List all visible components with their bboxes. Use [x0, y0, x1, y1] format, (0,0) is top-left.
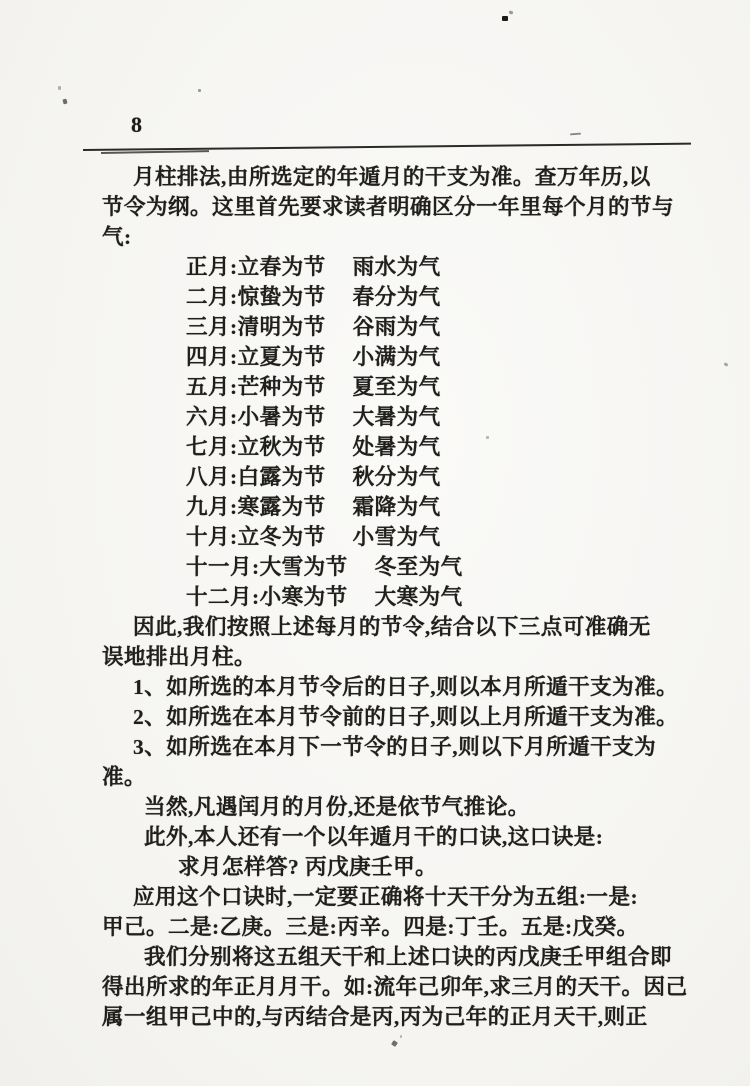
application-line: 甲己。二是:乙庚。三是:丙辛。四是:丁壬。五是:戊癸。 — [102, 912, 712, 942]
qi-label: 小满为气 — [353, 345, 441, 369]
month-term-row: 四月:立夏为节小满为气 — [102, 342, 712, 372]
jie-label: 十二月:小寒为节 — [186, 585, 348, 609]
qi-label: 夏至为气 — [353, 375, 441, 399]
month-term-row: 九月:寒露为节霜降为气 — [102, 492, 712, 522]
month-term-row: 三月:清明为节谷雨为气 — [102, 312, 712, 342]
body-text: 月柱排法,由所选定的年遁月的干支为准。查万年历,以 节令为纲。这里首先要求读者明… — [102, 162, 712, 1032]
jie-label: 正月:立春为节 — [186, 255, 326, 279]
rule-line: 3、如所选在本月下一节令的日子,则以下月所遁干支为 — [102, 732, 712, 762]
jie-label: 十月:立冬为节 — [186, 525, 326, 549]
qi-label: 大暑为气 — [353, 405, 441, 429]
month-term-row: 五月:芒种为节夏至为气 — [102, 372, 712, 402]
jie-label: 八月:白露为节 — [186, 465, 326, 489]
scanned-book-page: 8 月柱排法,由所选定的年遁月的干支为准。查万年历,以 节令为纲。这里首先要求读… — [0, 0, 750, 1086]
jie-label: 五月:芒种为节 — [186, 375, 326, 399]
scan-speck — [58, 86, 61, 90]
scan-speck — [570, 133, 581, 136]
jie-label: 三月:清明为节 — [186, 315, 326, 339]
scan-speck — [198, 89, 201, 92]
rule-line: 准。 — [102, 762, 712, 792]
example-line: 我们分别将这五组天干和上述口诀的丙戊庚壬甲组合即 — [102, 942, 712, 972]
koujue-formula: 求月怎样答? 丙戊庚壬甲。 — [102, 852, 712, 882]
jie-label: 七月:立秋为节 — [186, 435, 326, 459]
jie-label: 二月:惊蛰为节 — [186, 285, 326, 309]
month-term-row: 十一月:大雪为节冬至为气 — [102, 552, 712, 582]
rule-line: 2、如所选在本月节令前的日子,则以上月所遁干支为准。 — [102, 702, 712, 732]
scan-speck — [502, 16, 508, 21]
jie-label: 四月:立夏为节 — [186, 345, 326, 369]
qi-label: 处暑为气 — [353, 435, 441, 459]
intro-line: 节令为纲。这里首先要求读者明确区分一年里每个月的节与 — [102, 192, 712, 222]
jie-label: 十一月:大雪为节 — [186, 555, 348, 579]
month-term-row: 二月:惊蛰为节春分为气 — [102, 282, 712, 312]
conclusion-line: 因此,我们按照上述每月的节令,结合以下三点可准确无 — [102, 612, 712, 642]
intro-line: 气: — [102, 222, 712, 252]
month-term-row: 十二月:小寒为节大寒为气 — [102, 582, 712, 612]
qi-label: 秋分为气 — [353, 465, 441, 489]
jie-label: 九月:寒露为节 — [186, 495, 326, 519]
example-line: 属一组甲己中的,与丙结合是丙,丙为己年的正月天干,则正 — [102, 1002, 712, 1032]
intro-line: 月柱排法,由所选定的年遁月的干支为准。查万年历,以 — [102, 162, 712, 192]
month-term-row: 十月:立冬为节小雪为气 — [102, 522, 712, 552]
example-line: 得出所求的年正月月干。如:流年己卯年,求三月的天干。因己 — [102, 972, 712, 1002]
qi-label: 霜降为气 — [353, 495, 441, 519]
month-term-row: 七月:立秋为节处暑为气 — [102, 432, 712, 462]
jie-label: 六月:小暑为节 — [186, 405, 326, 429]
month-term-row: 八月:白露为节秋分为气 — [102, 462, 712, 492]
qi-label: 谷雨为气 — [353, 315, 441, 339]
month-term-row: 正月:立春为节雨水为气 — [102, 252, 712, 282]
conclusion-line: 误地排出月柱。 — [102, 642, 712, 672]
scan-speck — [62, 99, 67, 105]
application-line: 应用这个口诀时,一定要正确将十天干分为五组:一是: — [102, 882, 712, 912]
leap-month-note: 当然,凡遇闰月的月份,还是依节气推论。 — [102, 792, 712, 822]
month-term-row: 六月:小暑为节大暑为气 — [102, 402, 712, 432]
koujue-intro: 此外,本人还有一个以年遁月干的口诀,这口诀是: — [102, 822, 712, 852]
qi-label: 冬至为气 — [375, 555, 463, 579]
scan-speck — [724, 362, 729, 367]
qi-label: 春分为气 — [353, 285, 441, 309]
scan-speck — [509, 10, 514, 14]
scan-speck — [400, 1035, 402, 1038]
qi-label: 雨水为气 — [353, 255, 441, 279]
scan-speck — [391, 1040, 398, 1047]
rule-line: 1、如所选的本月节令后的日子,则以本月所遁干支为准。 — [102, 672, 712, 702]
qi-label: 大寒为气 — [375, 585, 463, 609]
qi-label: 小雪为气 — [353, 525, 441, 549]
page-number: 8 — [131, 112, 142, 138]
